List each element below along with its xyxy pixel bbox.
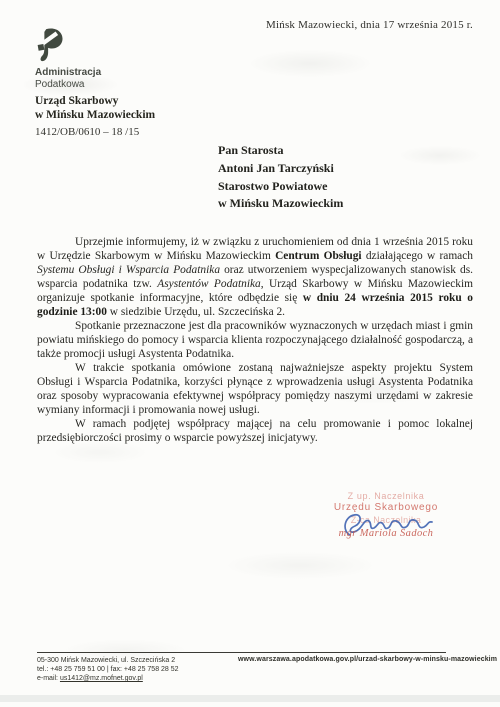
addressee-block: Pan Starosta Antoni Jan Tarczyński Staro…: [218, 142, 343, 213]
body-paragraph: W trakcie spotkania omówione zostaną naj…: [37, 361, 473, 417]
footer-address: 05-300 Mińsk Mazowiecki, ul. Szczecińska…: [37, 656, 179, 665]
signer-name: mgr Mariola Sadoch: [298, 528, 474, 539]
footer-email-label: e-mail:: [37, 675, 60, 682]
logo-caption-line1: Administracja: [35, 67, 101, 79]
administracja-podatkowa-logo-icon: [35, 27, 65, 64]
sender-office-line1: Urząd Skarbowy: [35, 94, 155, 108]
footer-divider: [37, 652, 446, 653]
addressee-line: Starostwo Powiatowe: [218, 178, 343, 196]
logo-caption-line2: Podatkowa: [35, 79, 101, 91]
addressee-line: Pan Starosta: [218, 142, 343, 160]
body-paragraph: W ramach podjętej współpracy mającej na …: [37, 417, 473, 445]
footer-website-url: www.warszawa.apodatkowa.gov.pl/urzad-ska…: [238, 656, 497, 663]
body-paragraph: Uprzejmie informujemy, iż w związku z ur…: [37, 235, 473, 319]
scanned-letter-page: Mińsk Mazowiecki, dnia 17 września 2015 …: [0, 0, 500, 707]
footer-phone-fax: tel.: +48 25 759 51 00 | fax: +48 25 758…: [37, 665, 179, 674]
footer-email-address: us1412@mz.mofnet.gov.pl: [60, 675, 143, 682]
stamp-line-authorization: Z up. Naczelnika: [298, 491, 474, 501]
addressee-line: w Mińsku Mazowieckim: [218, 195, 343, 213]
sender-office-name: Urząd Skarbowy w Mińsku Mazowieckim: [35, 94, 155, 122]
addressee-line: Antoni Jan Tarczyński: [218, 160, 343, 178]
body-paragraph: Spotkanie przeznaczone jest dla pracowni…: [37, 319, 473, 361]
footer-contact-block: 05-300 Mińsk Mazowiecki, ul. Szczecińska…: [37, 656, 179, 684]
logo-caption: Administracja Podatkowa: [35, 67, 101, 90]
date-place-line: Mińsk Mazowiecki, dnia 17 września 2015 …: [266, 19, 473, 31]
reference-number: 1412/OB/0610 – 18 /15: [35, 126, 139, 138]
footer-email-line: e-mail: us1412@mz.mofnet.gov.pl: [37, 674, 179, 683]
letter-body: Uprzejmie informujemy, iż w związku z ur…: [37, 235, 473, 445]
sender-office-line2: w Mińsku Mazowieckim: [35, 108, 155, 122]
scan-artifact-band: [0, 695, 500, 702]
signature-stamp-block: Z up. Naczelnika Urzędu Skarbowego Z-ca …: [298, 491, 474, 539]
